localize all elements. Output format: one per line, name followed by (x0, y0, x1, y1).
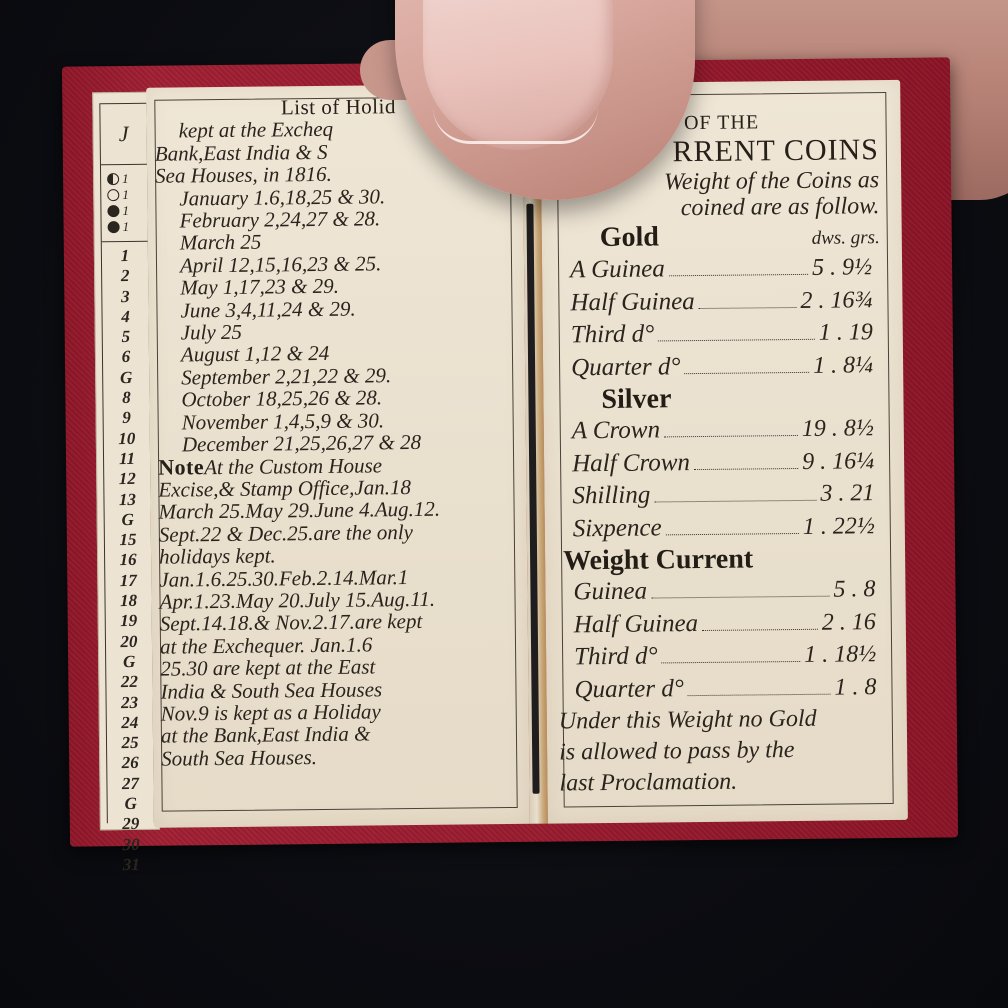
moon-phase-row: 1 (102, 219, 148, 235)
gutter-rule (526, 204, 539, 794)
calendar-day: 23 (106, 692, 152, 713)
calendar-day: 19 (106, 611, 152, 632)
full-moon-icon (108, 221, 120, 233)
coin-row: Third d°1 . 18½ (556, 638, 898, 674)
coin-row: Half Crown9 . 16¼ (554, 444, 896, 480)
calendar-day: 12 (104, 469, 150, 490)
calendar-day: 22 (106, 672, 152, 693)
section-header-gold: Gold dws. grs. (552, 219, 894, 255)
first-quarter-moon-icon (107, 205, 119, 217)
section-title: Gold (600, 221, 659, 254)
calendar-day: 20 (106, 631, 152, 652)
calendar-day: 13 (104, 489, 150, 510)
moon-phase-row: 1 (101, 187, 147, 203)
calendar-month-initial: J (100, 103, 147, 165)
proclamation-note: Under this Weight no Gold (557, 703, 899, 738)
coins-intro-line: coined are as follow. (551, 193, 893, 223)
moon-phase-row: 1 (101, 171, 147, 187)
last-quarter-moon-icon (107, 173, 119, 185)
calendar-day: 26 (107, 753, 153, 774)
calendar-day: 10 (104, 428, 150, 449)
coin-row: Sixpence1 . 22½ (555, 509, 897, 545)
calendar-day: G (103, 368, 149, 389)
calendar-day: 18 (105, 591, 151, 612)
calendar-day: 8 (103, 388, 149, 409)
note-label: Note (158, 454, 204, 479)
calendar-day: 5 (103, 327, 149, 348)
coin-row: Third d°1 . 19 (553, 316, 895, 352)
units-label: dws. grs. (812, 227, 880, 250)
calendar-day: 31 (108, 855, 154, 876)
new-moon-outline-icon (107, 189, 119, 201)
calendar-day: 9 (104, 408, 150, 429)
calendar-day: 11 (104, 449, 150, 470)
calendar-day: 2 (102, 266, 148, 287)
calendar-day: 29 (108, 814, 154, 835)
calendar-day: 3 (102, 286, 148, 307)
thumbnail (423, 0, 613, 150)
calendar-day: 25 (107, 733, 153, 754)
calendar-day: 16 (105, 550, 151, 571)
proclamation-note: last Proclamation. (557, 765, 899, 800)
calendar-day: 4 (102, 307, 148, 328)
coin-row: Quarter d°1 . 8¼ (553, 348, 895, 384)
calendar-day: 30 (108, 834, 154, 855)
coin-row: Shilling3 . 21 (554, 477, 896, 513)
coin-row: Quarter d°1 . 8 (556, 670, 898, 706)
coin-row: Half Guinea2 . 16 (556, 605, 898, 641)
calendar-day: 1 (102, 246, 148, 267)
coin-row: A Crown19 . 8½ (554, 412, 896, 448)
left-page-holidays: List of Holid kept at the Excheq Bank,Ea… (146, 84, 530, 828)
coin-row: A Guinea5 . 9½ (552, 251, 894, 287)
moon-phases: 1 1 1 1 (101, 165, 148, 242)
calendar-day: 6 (103, 347, 149, 368)
calendar-day: G (106, 652, 152, 673)
calendar-day: G (108, 794, 154, 815)
coin-row: Guinea5 . 8 (555, 573, 897, 609)
calendar-day: 27 (107, 773, 153, 794)
calendar-day: 15 (105, 530, 151, 551)
calendar-day: 17 (105, 571, 151, 592)
calendar-day: 24 (107, 713, 153, 734)
proclamation-note: is allowed to pass by the (557, 734, 899, 769)
calendar-day: G (105, 510, 151, 531)
note-line: South Sea Houses. (161, 744, 519, 770)
section-title-silver: Silver (553, 381, 895, 416)
coin-row: Half Guinea2 . 16¾ (552, 283, 894, 319)
moon-phase-row: 1 (101, 203, 147, 219)
section-title-weight-current: Weight Current (555, 542, 897, 577)
calendar-days: 1 2 3 4 5 6 G 8 9 10 11 12 13 G 15 16 17… (102, 242, 155, 876)
